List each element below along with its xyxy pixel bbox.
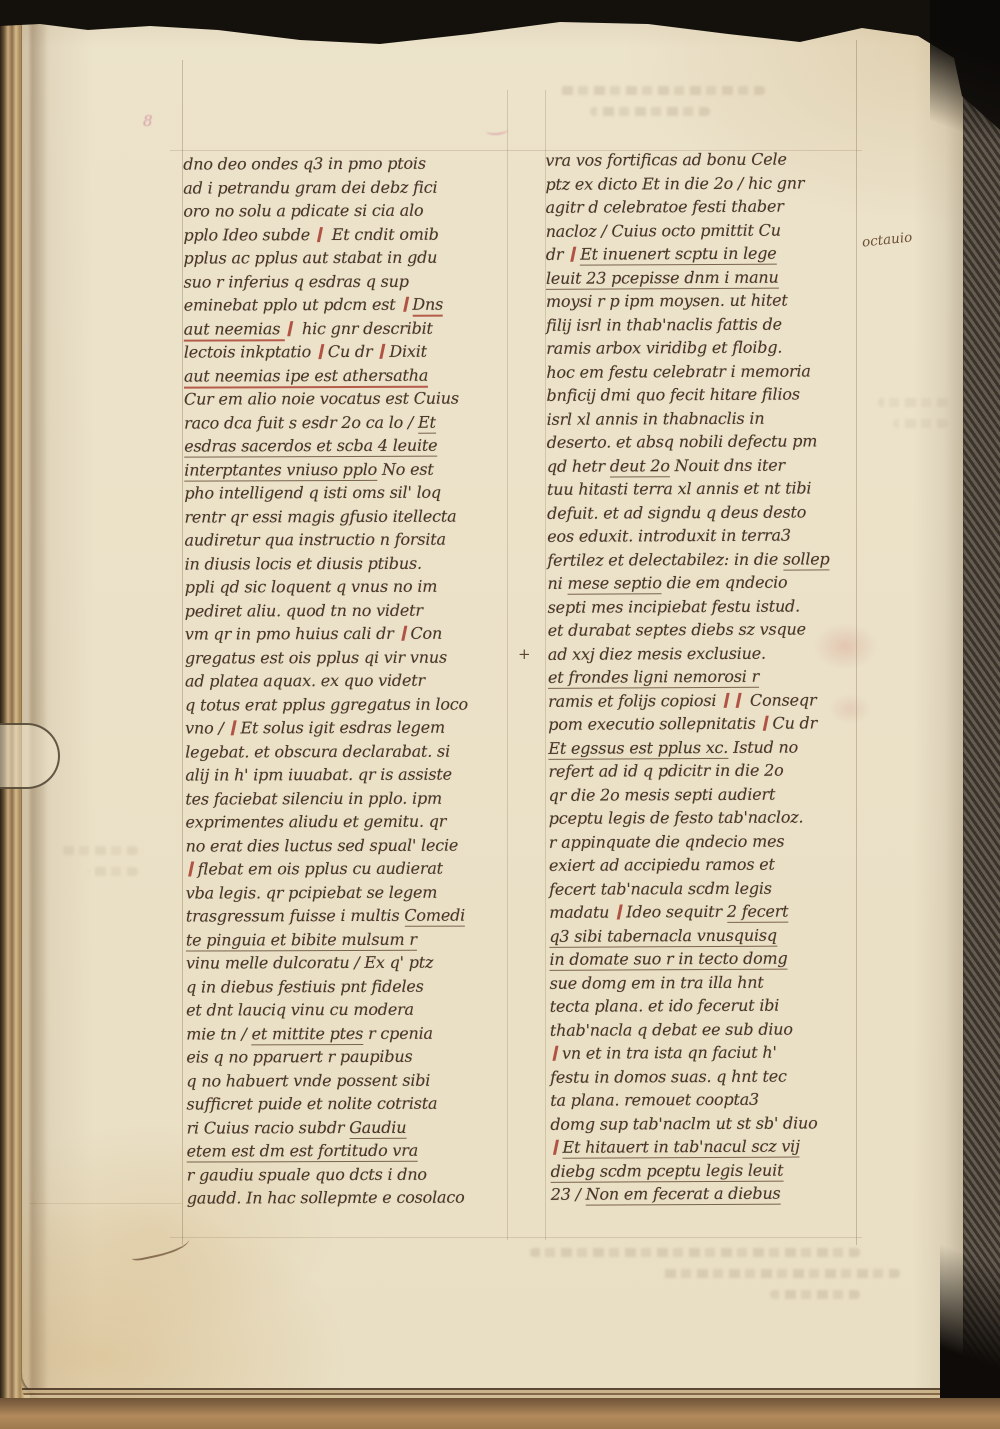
text-run: q in diebus festiuis pnt fideles (186, 976, 424, 996)
text-run: septi mes incipiebat festu istud. (548, 596, 800, 616)
text-run: Et hitauert in tab'nacul scz vij (562, 1137, 799, 1159)
manuscript-line: isrl xl annis in thabnaclis in (547, 406, 865, 431)
text-run: festu in domos suas. q hnt tec (550, 1066, 787, 1086)
margin-plus-mark: + (518, 645, 531, 663)
manuscript-line: ptz ex dicto Et in die 2o / hic gnr (545, 171, 863, 196)
text-run: rentr qr essi magis gfusio itellecta (184, 506, 456, 526)
text-run: ni (547, 574, 567, 593)
manuscript-line: ad platea aquax. ex quo videtr (185, 668, 507, 693)
manuscript-line: exiert ad accipiedu ramos et (549, 852, 867, 877)
manuscript-line: tes faciebat silenciu in pplo. ipm (185, 786, 507, 811)
text-run: r appinquate die qndecio mes (549, 831, 785, 851)
rubric-stroke (380, 344, 386, 359)
text-run: hoc em festu celebratr i memoria (546, 361, 810, 381)
manuscript-line: ad xxj diez mesis exclusiue. (548, 641, 866, 666)
manuscript-line: sue domg em in tra illa hnt (550, 970, 868, 995)
text-run: madatu (549, 902, 614, 921)
text-run: deserto. et absq nobili defectu pm (547, 431, 818, 451)
manuscript-line: leuit 23 pcepisse dnm i manu (546, 265, 864, 290)
manuscript-line: tuu hitasti terra xl annis et nt tibi (547, 476, 865, 501)
manuscript-line: exprimentes aliudu et gemitu. qr (185, 809, 507, 834)
rubric-stroke (617, 904, 623, 919)
manuscript-line: eos eduxit. introduxit in terra3 (547, 523, 865, 548)
text-run: flebat em ois pplus cu audierat (198, 859, 443, 879)
manuscript-line: rentr qr essi magis gfusio itellecta (184, 504, 506, 529)
text-run: Cu dr (772, 713, 817, 732)
manuscript-line: madatu Ideo sequitr 2 fecert (549, 899, 867, 924)
text-run: ad xxj diez mesis exclusiue. (548, 643, 766, 663)
rubric-stroke (288, 321, 294, 336)
manuscript-line: gregatus est ois pplus qi vir vnus (185, 645, 507, 670)
text-run: legebat. et obscura declarabat. si (185, 741, 450, 761)
rubric-stroke (231, 720, 237, 735)
manuscript-line: refert ad id q pdicitr in die 2o (548, 758, 866, 783)
manuscript-line: sufficret puide et nolite cotrista (186, 1091, 508, 1116)
text-run: filij isrl in thab'naclis fattis de (546, 314, 782, 334)
text-run: 23 / (551, 1185, 586, 1204)
text-run: refert ad id q pdicitr in die 2o (548, 761, 783, 781)
manuscript-line: et frondes ligni nemorosi r (548, 664, 866, 689)
text-run: tes faciebat silenciu in pplo. ipm (185, 788, 442, 808)
manuscript-line: in domate suo r in tecto domg (549, 946, 867, 971)
manuscript-line: oro no solu a pdicate si cia alo (183, 198, 505, 223)
text-run: r cpenia (363, 1023, 433, 1042)
text-run: Cu dr (328, 342, 377, 361)
manuscript-line: raco dca fuit s esdr 2o ca lo / Et (184, 410, 506, 435)
text-run: audiretur qua instructio n forsita (184, 530, 445, 550)
text-run: mese septio (567, 573, 661, 594)
manuscript-line: esdras sacerdos et scba 4 leuite (184, 433, 506, 458)
text-run: Et inuenert scptu in lege (580, 244, 776, 266)
text-run: pceptu legis de festo tab'nacloz. (549, 807, 804, 827)
manuscript-line: vn et in tra ista qn faciut h' (550, 1040, 868, 1065)
text-run: trasgressum fuisse i multis (186, 906, 405, 926)
text-run: pplo Ideo subde (183, 225, 315, 244)
text-run: q no habuert vnde possent sibi (186, 1070, 430, 1090)
rubric-stroke (403, 297, 409, 312)
text-run: te pinguia et bibite mulsum r (186, 929, 417, 951)
text-run: raco dca fuit s esdr 2o ca lo / (184, 412, 418, 432)
text-run: Nouit dns iter (670, 455, 785, 475)
manuscript-line: pediret aliu. quod tn no videtr (185, 598, 507, 623)
text-run: exprimentes aliudu et gemitu. qr (185, 812, 446, 832)
text-run: et durabat septes diebs sz vsque (548, 619, 806, 639)
text-run: sufficret puide et nolite cotrista (186, 1094, 437, 1114)
rubric-stroke (318, 344, 324, 359)
manuscript-line: Et hitauert in tab'nacul scz vij (550, 1134, 868, 1159)
manuscript-line: in diusis locis et diusis ptibus. (185, 551, 507, 576)
text-run: aut neemias (184, 319, 285, 341)
manuscript-line: qr die 2o mesis septi audiert (549, 782, 867, 807)
manuscript-line: alij in h' ipm iuuabat. qr is assiste (185, 762, 507, 787)
text-run: Cur em alio noie vocatus est Cuius (184, 389, 459, 409)
text-run: et frondes ligni nemorosi r (548, 667, 759, 689)
text-run: Con (410, 624, 442, 643)
show-through-text (555, 86, 765, 128)
manuscript-line: ad i petrandu gram dei debz fici (183, 175, 505, 200)
manuscript-line: ri Cuius racio subdr Gaudiu (187, 1115, 509, 1140)
manuscript-line: trasgressum fuisse i multis Comedi (186, 903, 508, 928)
text-run: hic gnr describit (297, 318, 433, 337)
text-run: vno / (185, 718, 228, 737)
text-run: q3 sibi tabernacla vnusquisq (549, 925, 777, 947)
manuscript-line: suo r inferius q esdras q sup (184, 269, 506, 294)
manuscript-line: eis q no pparuert r paupibus (186, 1044, 508, 1069)
text-run: interptantes vniuso pplo (184, 459, 377, 481)
manuscript-line: etem est dm est fortitudo vra (187, 1138, 509, 1163)
text-run: qd hetr (547, 456, 610, 475)
text-run: ad platea aquax. ex quo videtr (185, 671, 425, 691)
text-run: in diusis locis et diusis ptibus. (185, 553, 422, 573)
text-run: alij in h' ipm iuuabat. qr is assiste (185, 765, 452, 785)
rubric-stroke (724, 692, 730, 707)
text-run: tuu hitasti terra xl annis et nt tibi (547, 478, 811, 498)
text-run: exiert ad accipiedu ramos et (549, 855, 775, 875)
text-run: Et cndit omib (327, 224, 439, 243)
text-run: eminebat pplo ut pdcm est (184, 295, 401, 315)
text-run: tecta plana. et ido fecerut ibi (550, 996, 780, 1016)
rubric-stroke (736, 692, 742, 707)
faint-folio-mark: 8 (143, 112, 153, 130)
text-run: Non em fecerat a diebus (586, 1184, 781, 1206)
manuscript-line: vba legis. qr pcipiebat se legem (186, 880, 508, 905)
text-run: leuit 23 pcepisse dnm i manu (546, 267, 779, 289)
rubric-stroke (401, 626, 407, 641)
rubric-stroke (317, 227, 323, 242)
text-run: vra vos fortificas ad bonu Cele (545, 150, 787, 170)
manuscript-line: ppli qd sic loquent q vnus no im (185, 574, 507, 599)
manuscript-line: filij isrl in thab'naclis fattis de (546, 312, 864, 337)
show-through-text (868, 398, 948, 440)
text-run: mie tn / (186, 1024, 251, 1043)
show-through-text (58, 846, 138, 888)
text-run: ptz ex dicto Et in die 2o / hic gnr (545, 173, 804, 193)
manuscript-line: q totus erat pplus ggregatus in loco (185, 692, 507, 717)
manuscript-line: domg sup tab'naclm ut st sb' diuo (550, 1111, 868, 1136)
manuscript-line: gaudd. In hac sollepmte e cosolaco (187, 1185, 509, 1210)
text-run: moysi r p ipm moysen. ut hitet (546, 291, 788, 311)
text-run: dr (546, 245, 568, 264)
text-run: pplus ac pplus aut stabat in gdu (183, 248, 437, 268)
manuscript-line: et durabat septes diebs sz vsque (548, 617, 866, 642)
manuscript-line: aut neemias hic gnr describit (184, 316, 506, 341)
background-corner-shadow (930, 0, 1000, 170)
manuscript-line: flebat em ois pplus cu audierat (186, 856, 508, 881)
manuscript-line: vra vos fortificas ad bonu Cele (545, 147, 863, 172)
text-run: Gaudiu (349, 1117, 406, 1138)
manuscript-line: ta plana. remouet coopta3 (550, 1087, 868, 1112)
text-run: ramis arbox viridibg et floibg. (546, 338, 782, 358)
manuscript-line: dno deo ondes q3 in pmo ptois (183, 151, 505, 176)
text-run: diebg scdm pceptu legis leuit (551, 1160, 784, 1182)
text-run: eos eduxit. introduxit in terra3 (547, 526, 791, 546)
text-run: ri Cuius racio subdr (187, 1117, 350, 1137)
book-fore-edge (958, 0, 1000, 1429)
manuscript-line: r appinquate die qndecio mes (549, 829, 867, 854)
text-column-left: dno deo ondes q3 in pmo ptoisad i petran… (183, 151, 509, 1210)
manuscript-line: vm qr in pmo huius cali dr Con (185, 621, 507, 646)
manuscript-line: ramis et folijs copiosi Conseqr (548, 688, 866, 713)
manuscript-line: septi mes incipiebat festu istud. (548, 594, 866, 619)
manuscript-line: bnficij dmi quo fecit hitare filios (546, 382, 864, 407)
text-run: ta plana. remouet coopta3 (550, 1090, 759, 1110)
manuscript-line: vno / Et solus igit esdras legem (185, 715, 507, 740)
manuscript-line: legebat. et obscura declarabat. si (185, 739, 507, 764)
rubric-stroke (763, 716, 769, 731)
manuscript-line: mie tn / et mittite ptes r cpenia (186, 1021, 508, 1046)
text-run: ppli qd sic loquent q vnus no im (185, 577, 438, 597)
manuscript-line: q in diebus festiuis pnt fideles (186, 974, 508, 999)
rubric-stroke (552, 1046, 558, 1061)
manuscript-line: te pinguia et bibite mulsum r (186, 927, 508, 952)
text-run: deut 2o (610, 456, 670, 477)
text-run: vn et in tra ista qn faciut h' (562, 1043, 777, 1063)
manuscript-line: deserto. et absq nobili defectu pm (547, 429, 865, 454)
text-run: pho intelligend q isti oms sil' loq (184, 483, 441, 503)
text-run: q totus erat pplus ggregatus in loco (185, 694, 468, 714)
text-run: lectois inkptatio (184, 342, 316, 361)
text-run: Et (418, 412, 436, 433)
text-run: Conseqr (745, 690, 816, 709)
table-edge-band (0, 1398, 1000, 1429)
text-run: die em qndecio (662, 573, 788, 593)
manuscript-photo: dno deo ondes q3 in pmo ptoisad i petran… (0, 0, 1000, 1429)
text-run: Dixit (389, 342, 427, 361)
manuscript-line: q no habuert vnde possent sibi (186, 1068, 508, 1093)
gutter-shadow (30, 0, 46, 1429)
text-run: pediret aliu. quod tn no videtr (185, 600, 423, 620)
text-run: Comedi (404, 906, 465, 927)
manuscript-line: q3 sibi tabernacla vnusquisq (549, 923, 867, 948)
manuscript-line: interptantes vniuso pplo No est (184, 457, 506, 482)
text-run: fecert tab'nacula scdm legis (549, 878, 772, 898)
text-run: fertilez et delectabilez: in die (547, 549, 783, 569)
text-run: sue domg em in tra illa hnt (550, 972, 764, 992)
manuscript-line: thab'nacla q debat ee sub diuo (550, 1017, 868, 1042)
manuscript-line: ni mese septio die em qndecio (547, 570, 865, 595)
manuscript-line: diebg scdm pceptu legis leuit (551, 1158, 869, 1183)
text-run: eis q no pparuert r paupibus (186, 1047, 412, 1067)
manuscript-line: r gaudiu spuale quo dcts i dno (187, 1162, 509, 1187)
manuscript-line: Cur em alio noie vocatus est Cuius (184, 386, 506, 411)
text-run: et dnt lauciq vinu cu modera (186, 1000, 414, 1020)
manuscript-line: pceptu legis de festo tab'nacloz. (549, 805, 867, 830)
text-run: thab'nacla q debat ee sub diuo (550, 1019, 793, 1039)
manuscript-line: vinu melle dulcoratu / Ex q' ptz (186, 950, 508, 975)
rubric-stroke (571, 247, 577, 262)
text-run: qr die 2o mesis septi audiert (549, 784, 776, 804)
manuscript-line: lectois inkptatio Cu dr Dixit (184, 339, 506, 364)
manuscript-line: fertilez et delectabilez: in die sollep (547, 547, 865, 572)
text-run: Et egssus est pplus xc. (548, 737, 728, 759)
text-column-right: vra vos fortificas ad bonu Celeptz ex di… (545, 147, 869, 1206)
manuscript-line: festu in domos suas. q hnt tec (550, 1064, 868, 1089)
ruling-line-horizontal (30, 1203, 182, 1204)
text-run: 2 fecert (727, 902, 789, 923)
manuscript-line: audiretur qua instructio n forsita (184, 527, 506, 552)
text-run: oro no solu a pdicate si cia alo (183, 201, 423, 221)
text-run: pom executio sollepnitatis (548, 714, 760, 734)
text-run: Dns (412, 295, 443, 317)
text-run: gaudd. In hac sollepmte e cosolaco (187, 1188, 465, 1208)
text-run: bnficij dmi quo fecit hitare filios (546, 385, 799, 405)
text-run: Istud no (728, 737, 798, 756)
text-run: r gaudiu spuale quo dcts i dno (187, 1164, 427, 1184)
manuscript-line: 23 / Non em fecerat a diebus (551, 1181, 869, 1206)
ruling-line-horizontal (170, 1237, 862, 1238)
manuscript-line: Et egssus est pplus xc. Istud no (548, 735, 866, 760)
manuscript-line: hoc em festu celebratr i memoria (546, 359, 864, 384)
manuscript-line: eminebat pplo ut pdcm est Dns (184, 292, 506, 317)
text-run: Ideo sequitr (626, 902, 727, 922)
text-run: esdras sacerdos et scba 4 leuite (184, 436, 437, 458)
text-run: isrl xl annis in thabnaclis in (547, 408, 765, 428)
text-run: suo r inferius q esdras q sup (184, 271, 409, 291)
manuscript-line: pplus ac pplus aut stabat in gdu (183, 245, 505, 270)
text-run: No est (377, 459, 434, 478)
rubric-stroke (553, 1140, 559, 1155)
manuscript-line: pho intelligend q isti oms sil' loq (184, 480, 506, 505)
manuscript-line: fecert tab'nacula scdm legis (549, 876, 867, 901)
text-run: defuit. et ad signdu q deus desto (547, 502, 806, 522)
text-run: gregatus est ois pplus qi vir vnus (185, 647, 447, 667)
text-run: in domate suo r in tecto domg (549, 949, 787, 971)
show-through-text (520, 1248, 900, 1311)
text-run: aut neemias ipe est athersatha (184, 365, 428, 388)
text-run: vba legis. qr pcipiebat se legem (186, 882, 438, 902)
manuscript-line: ramis arbox viridibg et floibg. (546, 335, 864, 360)
text-run: Et solus igit esdras legem (240, 718, 445, 738)
text-run: nacloz / Cuius octo pmittit Cu (546, 220, 781, 240)
text-run: vinu melle dulcoratu / Ex q' ptz (186, 953, 433, 973)
manuscript-line: qd hetr deut 2o Nouit dns iter (547, 453, 865, 478)
text-run: sollep (783, 549, 830, 570)
text-run: ad i petrandu gram dei debz fici (183, 177, 437, 197)
text-run: domg sup tab'naclm ut st sb' diuo (550, 1113, 817, 1133)
manuscript-line: tecta plana. et ido fecerut ibi (550, 993, 868, 1018)
manuscript-line: dr Et inuenert scptu in lege (546, 241, 864, 266)
manuscript-line: nacloz / Cuius octo pmittit Cu (546, 218, 864, 243)
text-run: et mittite ptes (252, 1023, 364, 1044)
text-run: ramis et folijs copiosi (548, 690, 721, 710)
manuscript-line: et dnt lauciq vinu cu modera (186, 997, 508, 1022)
manuscript-line: pom executio sollepnitatis Cu dr (548, 711, 866, 736)
manuscript-line: agitr d celebratoe festi thaber (545, 194, 863, 219)
manuscript-line: no erat dies luctus sed spual' lecie (186, 833, 508, 858)
manuscript-line: aut neemias ipe est athersatha (184, 363, 506, 388)
text-run: agitr d celebratoe festi thaber (545, 197, 783, 217)
text-run: dno deo ondes q3 in pmo ptois (183, 154, 426, 174)
manuscript-line: moysi r p ipm moysen. ut hitet (546, 288, 864, 313)
text-run: no erat dies luctus sed spual' lecie (186, 835, 459, 855)
rubric-stroke (188, 862, 194, 877)
manuscript-line: defuit. et ad signdu q deus desto (547, 500, 865, 525)
text-run: etem est dm est fortitudo vra (187, 1141, 418, 1163)
manuscript-line: pplo Ideo subde Et cndit omib (183, 222, 505, 247)
text-run: vm qr in pmo huius cali dr (185, 624, 399, 644)
